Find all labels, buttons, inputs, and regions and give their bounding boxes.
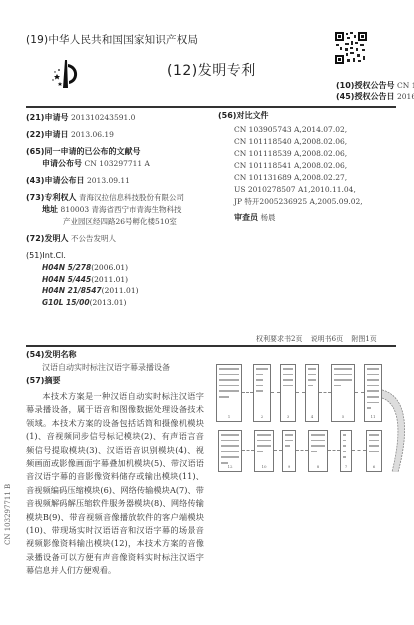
citation-item: JP 特开2005236925 A,2005.09.02,: [234, 196, 363, 208]
citation-item: CN 101118541 A,2008.02.06,: [234, 160, 363, 172]
header-divider: [26, 106, 396, 108]
examiner: 审查员 杨晨: [234, 212, 363, 224]
ipc-label: (51)Int.Cl.: [26, 250, 184, 262]
citations-section: (56)对比文件 CN 103905743 A,2014.07.02, CN 1…: [218, 110, 363, 224]
publication-type: (12)发明专利: [167, 60, 256, 80]
citations-list: CN 103905743 A,2014.07.02, CN 101118540 …: [218, 124, 363, 224]
citation-item: US 2010278507 A1,2010.11.04,: [234, 184, 363, 196]
arrow: [352, 450, 366, 451]
ipc-item: H04N 5/445(2011.01): [42, 274, 184, 286]
ipc-list: H04N 5/278(2006.01) H04N 5/445(2011.01) …: [26, 262, 184, 308]
inventor: (72)发明人 不公告发明人: [26, 233, 184, 245]
module-box: 8: [308, 430, 328, 472]
patentee: (73)专利权人 青海汉拉信息科技股份有限公司: [26, 192, 184, 204]
module-box: 6: [366, 430, 382, 472]
abstract-divider: [26, 345, 396, 347]
arrow: [328, 450, 340, 451]
module-box: 9: [282, 430, 296, 472]
citation-item: CN 101118539 A,2008.02.06,: [234, 148, 363, 160]
address: 地址 810003 青海省西宁市青海生物科技: [26, 204, 184, 216]
module-box: 10: [254, 430, 274, 472]
citations-label: (56)对比文件: [218, 110, 363, 122]
invention-title-label: (54)发明名称: [26, 349, 76, 361]
abstract-text: 本技术方案是一种汉语自动实时标注汉语字幕录播设备，属于语音和图像数据处理设备技术…: [26, 390, 204, 578]
ipc-item: H04N 5/278(2006.01): [42, 262, 184, 274]
application-date: (22)申请日 2013.06.19: [26, 129, 184, 141]
citation-item: CN 103905743 A,2014.07.02,: [234, 124, 363, 136]
issuing-office: (19)中华人民共和国国家知识产权局: [26, 32, 198, 47]
citation-item: CN 101118540 A,2008.02.06,: [234, 136, 363, 148]
ipc-item: G10L 15/00(2013.01): [42, 297, 184, 309]
citation-item: CN 101131689 A,2008.02.27,: [234, 172, 363, 184]
module-box: 4: [305, 364, 319, 422]
module-box: 3: [280, 364, 296, 422]
arrow: [271, 392, 280, 393]
bibliographic-left: (21)申请号 201310243591.0 (22)申请日 2013.06.1…: [26, 112, 184, 308]
grant-publication-date: (45)授权公告日 2016.11.02: [336, 91, 414, 102]
address-line-2: 产业园区经四路26号孵化楼510室: [26, 216, 184, 228]
page-counts: 权利要求书2页 说明书6页 附图1页: [256, 334, 377, 344]
arrow: [355, 392, 364, 393]
arrow: [274, 450, 282, 451]
module-box: 2: [253, 364, 271, 422]
arrow: [296, 450, 308, 451]
cnipa-logo-icon: [48, 56, 84, 92]
module-box: 1: [216, 364, 242, 422]
arrow: [296, 392, 305, 393]
ipc-item: H04N 21/8547(2011.01): [42, 285, 184, 297]
grant-publication-info: (10)授权公告号 CN 103297711 B (45)授权公告日 2016.…: [336, 80, 414, 102]
arrow: [319, 392, 331, 393]
application-number: (21)申请号 201310243591.0: [26, 112, 184, 124]
module-box: 7: [340, 430, 352, 472]
qr-code-icon: [335, 32, 367, 64]
arrow: [242, 450, 254, 451]
abstract-figure: 1 2 3 4 5 11 12 10 9: [214, 358, 410, 478]
module-box: 12: [218, 430, 242, 472]
abstract-label: (57)摘要: [26, 375, 60, 387]
module-box: 5: [331, 364, 355, 422]
grant-publication-number: (10)授权公告号 CN 103297711 B: [336, 80, 414, 91]
application-publication-date: (43)申请公布日 2013.09.11: [26, 175, 184, 187]
arrow: [242, 392, 253, 393]
application-publication-number: 申请公布号 CN 103297711 A: [26, 158, 184, 170]
same-application-published: (65)同一申请的已公布的文献号: [26, 146, 184, 158]
invention-title: 汉语自动实时标注汉语字幕录播设备: [42, 362, 170, 374]
connector-arrow-icon: [380, 388, 410, 478]
side-publication-code: CN 103297711 B: [4, 484, 12, 545]
